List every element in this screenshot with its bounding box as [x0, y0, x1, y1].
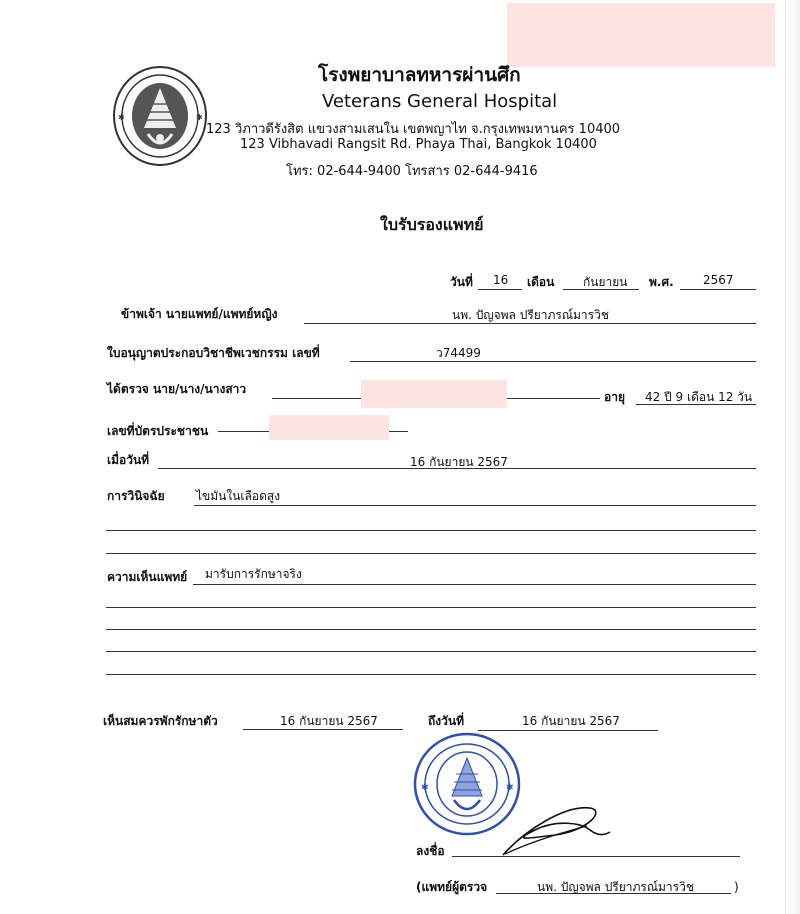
rest-label: เห็นสมควรพักรักษาตัว [103, 712, 218, 731]
diagnosis-label: การวินิจฉัย [107, 487, 165, 506]
day-value: 16 [493, 273, 508, 287]
year-line [680, 289, 756, 290]
diagnosis-value: ไขมันในเลือดสูง [196, 487, 280, 506]
opinion-value: มารับการรักษาจริง [205, 565, 302, 584]
page-edge [785, 0, 800, 914]
day-line [478, 289, 522, 290]
month-label: เดือน [527, 273, 554, 292]
address-thai: 123 วิภาวดีรังสิต แขวงสามเสนใน เขตพญาไท … [206, 118, 620, 139]
address-english: 123 Vibhavadi Rangsit Rd. Phaya Thai, Ba… [240, 137, 597, 152]
svg-text:✱: ✱ [506, 783, 514, 793]
day-label: วันที่ [450, 273, 473, 292]
id-card-label: เลขที่บัตรประชาชน [107, 422, 208, 441]
signature-scribble [495, 800, 615, 860]
opinion-line-1 [193, 584, 756, 585]
signature-line [452, 856, 740, 857]
doctor-name: นพ. ปัญจพล ปรียาภรณ์มารวิช [452, 306, 609, 325]
hospital-seal-icon: ✱ ✱ [110, 64, 210, 168]
month-value: กันยายน [583, 273, 627, 292]
redacted-id-card [269, 415, 389, 440]
opinion-label: ความเห็นแพทย์ [107, 568, 187, 587]
redacted-region-top [507, 3, 775, 67]
signature-label: ลงชื่อ [416, 842, 445, 861]
opinion-line-4 [106, 651, 756, 652]
rest-to-label: ถึงวันที่ [428, 712, 464, 731]
redacted-patient-name [361, 380, 507, 408]
doctor-label: ข้าพเจ้า นายแพทย์/แพทย์หญิง [121, 305, 277, 324]
patient-label: ได้ตรวจ นาย/นาง/นางสาว [107, 380, 246, 399]
opinion-line-3 [106, 629, 756, 630]
year-label: พ.ศ. [649, 273, 674, 292]
license-number: ว74499 [436, 344, 481, 363]
svg-text:✱: ✱ [421, 783, 429, 793]
document-title: ใบรับรองแพทย์ [380, 213, 484, 238]
hospital-name-thai: โรงพยาบาลทหารผ่านศึก [318, 60, 521, 90]
year-value: 2567 [703, 273, 734, 287]
license-line [350, 361, 756, 362]
age-value: 42 ปี 9 เดือน 12 วัน [645, 388, 752, 407]
diagnosis-line-3 [106, 553, 756, 554]
examiner-name: นพ. ปัญจพล ปรียาภรณ์มารวิช [537, 878, 694, 897]
age-label: อายุ [604, 388, 625, 407]
exam-date-value: 16 กันยายน 2567 [410, 453, 508, 472]
opinion-line-2 [106, 607, 756, 608]
rest-to-value: 16 กันยายน 2567 [522, 712, 620, 731]
opinion-line-5 [106, 674, 756, 675]
license-label: ใบอนุญาตประกอบวิชาชีพเวชกรรม เลขที่ [107, 344, 320, 363]
svg-text:✱: ✱ [196, 113, 203, 122]
examiner-label: (แพทย์ผู้ตรวจ [416, 878, 487, 897]
phone-fax: โทร: 02-644-9400 โทรสาร 02-644-9416 [286, 160, 538, 181]
diagnosis-line-2 [106, 530, 756, 531]
rest-from-value: 16 กันยายน 2567 [280, 712, 378, 731]
svg-text:✱: ✱ [118, 113, 125, 122]
examiner-close-paren: ) [734, 880, 739, 894]
hospital-name-english: Veterans General Hospital [322, 91, 557, 112]
exam-date-label: เมื่อวันที่ [107, 451, 149, 470]
